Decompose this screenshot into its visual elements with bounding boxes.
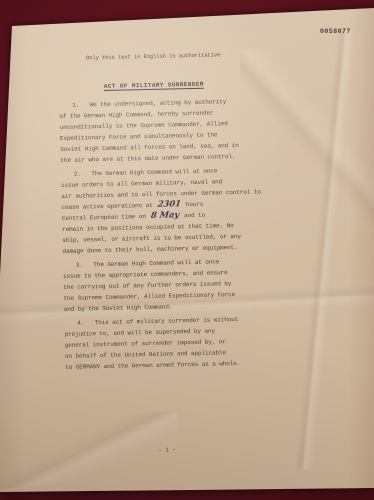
serial-stamp: 0058077: [320, 28, 351, 35]
handwritten-time: 2301: [157, 199, 182, 211]
photo-background: 0058077 Only this text in English is aut…: [0, 0, 374, 500]
typed-segment: and to: [184, 212, 205, 219]
document-text: Only this text in English is authoritati…: [58, 45, 277, 458]
paper-shadow: 0058077 Only this text in English is aut…: [0, 0, 374, 500]
paragraph-3: 3. The German High Command will at once …: [63, 255, 274, 315]
typed-segment: cease active operations at: [61, 202, 152, 211]
paper-sheet: 0058077 Only this text in English is aut…: [0, 0, 374, 500]
document-title: ACT OF MILITARY SURRENDER: [59, 78, 249, 93]
paper-crease: [278, 29, 367, 472]
typed-segment: Central European time on: [62, 213, 146, 222]
paragraph-1: 1. We the undersigned, acting by authori…: [59, 95, 270, 166]
paragraph-2: 2. The German High Command will at once …: [61, 164, 273, 257]
page-number: - 1 -: [67, 442, 267, 458]
authenticity-notice: Only this text in English is authoritati…: [58, 49, 248, 64]
handwritten-date: 8 May: [150, 210, 180, 222]
paragraph-4: 4. This act of military surrender is wit…: [64, 313, 275, 373]
typed-segment: hours: [186, 201, 204, 208]
